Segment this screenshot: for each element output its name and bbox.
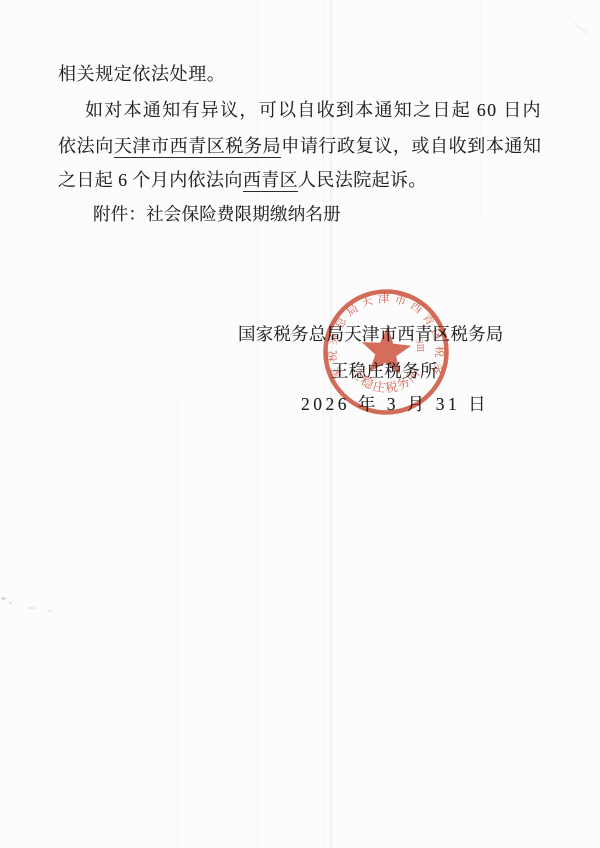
attachment-line-text: 附件：社会保险费限期缴纳名册 xyxy=(93,204,341,224)
official-seal: 国家税务总局天津市西青区税务局 王稳庄税务所 3Ⅲ xyxy=(320,286,452,418)
scan-streak xyxy=(177,400,178,848)
seal-ring-text: 国家税务总局天津市西青区税务局 xyxy=(320,286,446,381)
scanned-document-page: 相关规定依法处理。 如对本通知有异议，可以自收到本通知之日起 60 日内 依法向… xyxy=(0,0,600,848)
body-line-4-pre: 之日起 6 个月内依法向 xyxy=(58,170,243,190)
body-line-1: 相关规定依法处理。 xyxy=(58,63,225,85)
body-line-2-text: 如对本通知有异议，可以自收到本通知之日起 60 日内 xyxy=(85,100,542,120)
seal-bottom-text-holder: 王稳庄税务所 xyxy=(348,365,423,396)
scan-speck xyxy=(9,602,12,604)
scan-streak xyxy=(323,0,324,848)
scan-speck xyxy=(47,610,52,612)
body-line-4: 之日起 6 个月内依法向西青区人民法院起诉。 xyxy=(58,169,427,191)
scan-streak xyxy=(290,380,291,848)
seal-bottom-text: 王稳庄税务所 xyxy=(348,365,423,396)
scan-speck xyxy=(28,607,35,609)
seal-ring-text-holder: 国家税务总局天津市西青区税务局 xyxy=(320,286,446,381)
body-line-3-post: 申请行政复议，或自收到本通知 xyxy=(281,136,541,156)
scan-streak xyxy=(330,0,332,848)
underlined-district: 西青区 xyxy=(243,170,298,192)
underlined-tax-bureau: 天津市西青区税务局 xyxy=(114,136,281,158)
body-line-1-text: 相关规定依法处理。 xyxy=(58,64,225,84)
seal-code-mark: 3Ⅲ xyxy=(415,339,426,353)
attachment-line: 附件：社会保险费限期缴纳名册 xyxy=(93,203,341,225)
body-line-2: 如对本通知有异议，可以自收到本通知之日起 60 日内 xyxy=(85,99,542,121)
seal-star-icon xyxy=(360,324,413,374)
scan-scratch xyxy=(574,23,589,35)
body-line-3: 依法向天津市西青区税务局申请行政复议，或自收到本通知 xyxy=(58,135,542,157)
scan-speck xyxy=(1,597,6,600)
body-line-3-pre: 依法向 xyxy=(58,136,114,156)
scan-streak xyxy=(257,0,258,848)
body-line-4-post: 人民法院起诉。 xyxy=(298,170,427,190)
